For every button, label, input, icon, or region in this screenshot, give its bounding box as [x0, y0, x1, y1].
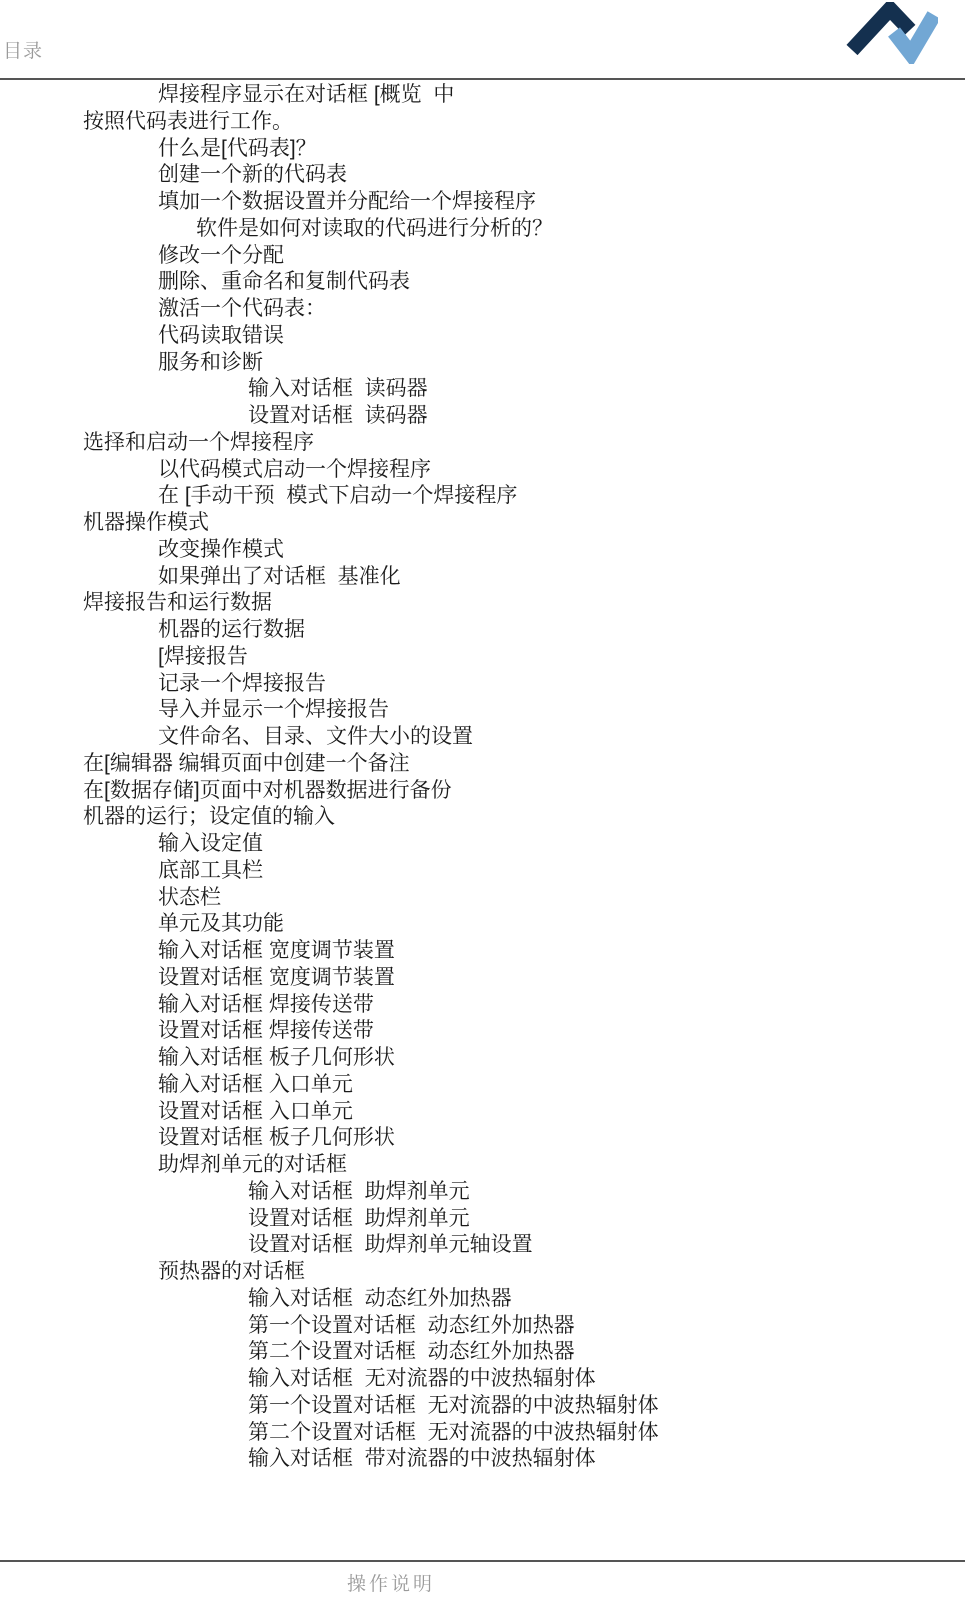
toc-entry[interactable]: 焊接报告和运行数据: [0, 590, 965, 617]
toc-entry[interactable]: 选择和启动一个焊接程序: [0, 430, 965, 457]
toc-entry[interactable]: 设置对话框 入口单元: [0, 1099, 965, 1126]
toc-entry[interactable]: 设置对话框 宽度调节装置: [0, 965, 965, 992]
toc-entry[interactable]: 在 [手动干预 模式下启动一个焊接程序: [0, 483, 965, 510]
toc-entry[interactable]: 导入并显示一个焊接报告: [0, 697, 965, 724]
toc-entry[interactable]: 输入对话框 入口单元: [0, 1072, 965, 1099]
toc-entry[interactable]: 预热器的对话框: [0, 1259, 965, 1286]
brand-logo: [838, 2, 938, 64]
toc-entry[interactable]: 激活一个代码表：: [0, 296, 965, 323]
toc-entry[interactable]: 设置对话框 助焊剂单元: [0, 1206, 965, 1233]
toc-entry[interactable]: 改变操作模式: [0, 537, 965, 564]
toc-entry[interactable]: 设置对话框 助焊剂单元轴设置: [0, 1232, 965, 1259]
toc-entry[interactable]: 以代码模式启动一个焊接程序: [0, 457, 965, 484]
toc-entry[interactable]: 什么是[代码表]？: [0, 136, 965, 163]
toc-entry[interactable]: 软件是如何对读取的代码进行分析的？: [0, 216, 965, 243]
toc-entry[interactable]: [焊接报告: [0, 644, 965, 671]
toc-entry[interactable]: 在[数据存储]页面中对机器数据进行备份: [0, 778, 965, 805]
toc-entry[interactable]: 第二个设置对话框 无对流器的中波热辐射体: [0, 1420, 965, 1447]
toc-entry[interactable]: 助焊剂单元的对话框: [0, 1152, 965, 1179]
toc-entry[interactable]: 输入对话框 焊接传送带: [0, 992, 965, 1019]
toc-entry[interactable]: 焊接程序显示在对话框 [概览 中: [0, 82, 965, 109]
toc-entry[interactable]: 修改一个分配: [0, 243, 965, 270]
toc-entry[interactable]: 状态栏: [0, 885, 965, 912]
toc-entry[interactable]: 输入对话框 带对流器的中波热辐射体: [0, 1446, 965, 1473]
toc-entry[interactable]: 输入设定值: [0, 831, 965, 858]
toc-entry[interactable]: 如果弹出了对话框 基准化: [0, 564, 965, 591]
toc-entry[interactable]: 代码读取错误: [0, 323, 965, 350]
toc-entry[interactable]: 记录一个焊接报告: [0, 671, 965, 698]
toc-entry[interactable]: 机器的运行；设定值的输入: [0, 804, 965, 831]
toc-entry[interactable]: 删除、重命名和复制代码表: [0, 269, 965, 296]
toc-entry[interactable]: 输入对话框 读码器: [0, 376, 965, 403]
header-divider: [0, 78, 965, 80]
toc-entry[interactable]: 设置对话框 焊接传送带: [0, 1018, 965, 1045]
page-title: 目录: [3, 36, 43, 63]
toc-entry[interactable]: 文件命名、目录、文件大小的设置: [0, 724, 965, 751]
toc-entry[interactable]: 按照代码表进行工作。: [0, 109, 965, 136]
toc-entry[interactable]: 创建一个新的代码表: [0, 162, 965, 189]
toc-entry[interactable]: 输入对话框 无对流器的中波热辐射体: [0, 1366, 965, 1393]
toc-entry[interactable]: 填加一个数据设置并分配给一个焊接程序: [0, 189, 965, 216]
toc-entry[interactable]: 底部工具栏: [0, 858, 965, 885]
toc-entry[interactable]: 机器的运行数据: [0, 617, 965, 644]
toc-entry[interactable]: 设置对话框 板子几何形状: [0, 1125, 965, 1152]
toc-entry[interactable]: 输入对话框 动态红外加热器: [0, 1286, 965, 1313]
toc-entry[interactable]: 第一个设置对话框 无对流器的中波热辐射体: [0, 1393, 965, 1420]
toc-entry[interactable]: 在[编辑器 编辑页面中创建一个备注: [0, 751, 965, 778]
toc-entry[interactable]: 设置对话框 读码器: [0, 403, 965, 430]
toc-entry[interactable]: 机器操作模式: [0, 510, 965, 537]
toc-entry[interactable]: 输入对话框 宽度调节装置: [0, 938, 965, 965]
footer-divider: [0, 1560, 965, 1562]
toc-entry[interactable]: 单元及其功能: [0, 911, 965, 938]
toc-entry[interactable]: 服务和诊断: [0, 350, 965, 377]
toc-entry[interactable]: 第一个设置对话框 动态红外加热器: [0, 1313, 965, 1340]
toc-list: 焊接程序显示在对话框 [概览 中按照代码表进行工作。什么是[代码表]？创建一个新…: [0, 82, 965, 1473]
toc-entry[interactable]: 输入对话框 助焊剂单元: [0, 1179, 965, 1206]
toc-entry[interactable]: 输入对话框 板子几何形状: [0, 1045, 965, 1072]
footer-doc-type: 操作说明: [347, 1569, 435, 1596]
toc-entry[interactable]: 第二个设置对话框 动态红外加热器: [0, 1339, 965, 1366]
